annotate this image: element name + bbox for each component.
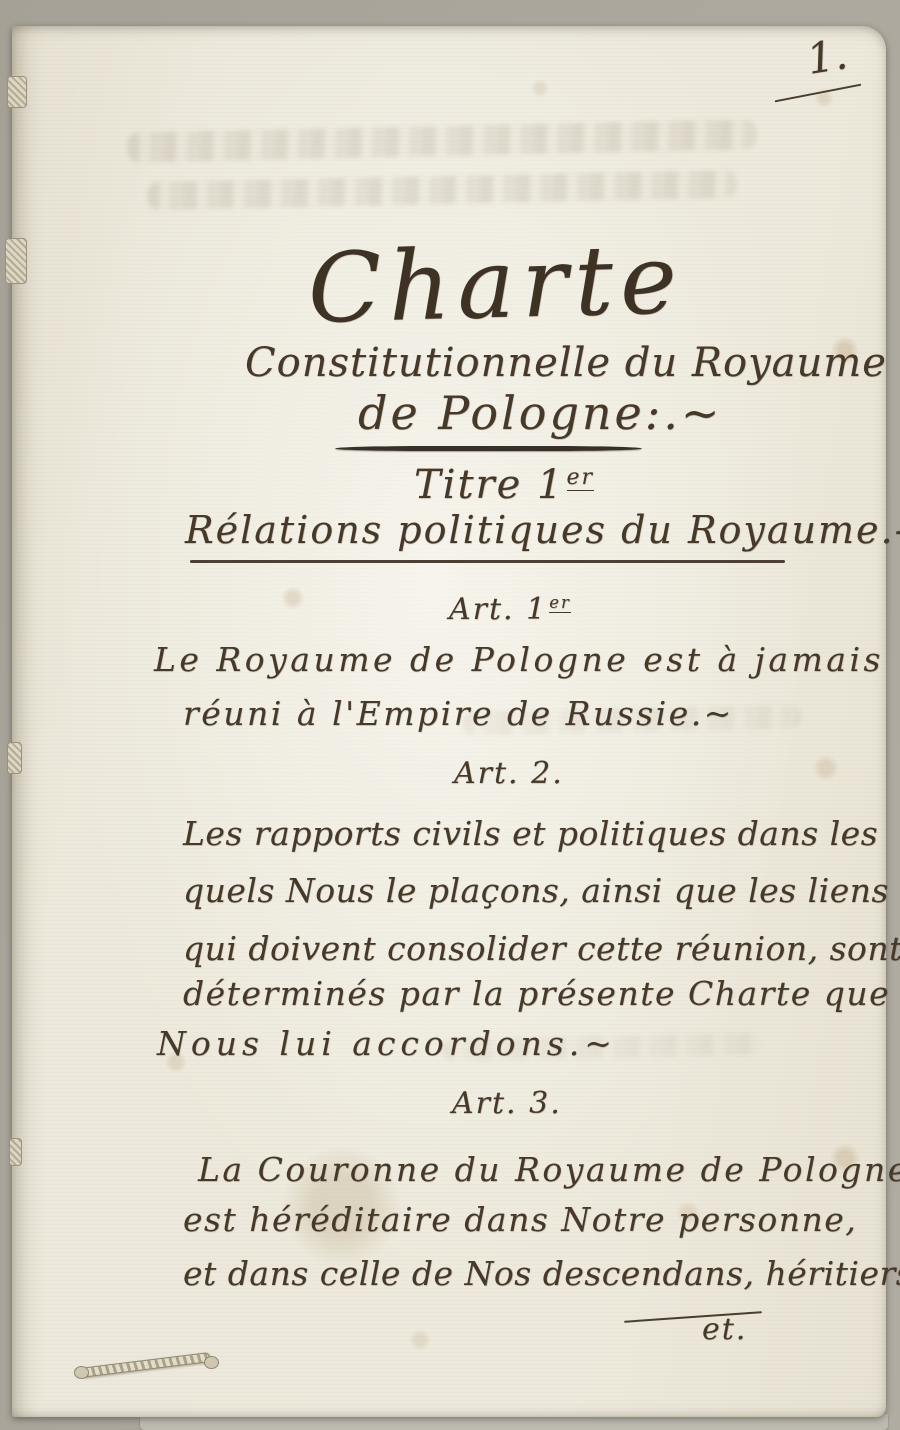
binding-thread-knot: [74, 1366, 89, 1379]
document-title: Charte: [307, 223, 686, 345]
article-3-line: et dans celle de Nos descendans, héritie…: [183, 1254, 900, 1293]
binding-stitch: [9, 1138, 22, 1166]
article-3-heading: Art. 3.: [452, 1086, 564, 1121]
manuscript-page: 1. Charte Constitutionnelle du Royaume d…: [12, 26, 886, 1417]
article-2-line: déterminés par la présente Charte que: [183, 974, 890, 1013]
page-number-flourish: [775, 84, 862, 103]
bleedthrough-line: [147, 170, 737, 210]
article-1-heading-text: Art. 1: [449, 592, 547, 627]
article-2-line: Nous lui accordons.~: [157, 1024, 617, 1063]
titre-heading-text: Titre 1: [414, 462, 565, 508]
article-1-line: Le Royaume de Pologne est à jamais: [154, 640, 884, 679]
title-rule: [335, 446, 642, 451]
article-2-line: quels Nous le plaçons, ainsi que les lie…: [183, 871, 889, 910]
bleedthrough-line: [127, 119, 757, 162]
titre-heading-ordinal: er: [567, 465, 595, 491]
article-1-heading: Art. 1er: [449, 592, 571, 627]
binding-thread: [80, 1352, 210, 1378]
binding-stitch: [5, 238, 27, 284]
article-1-line: réuni à l'Empire de Russie.~: [183, 694, 734, 733]
titre-subject: Rélations politiques du Royaume.-: [185, 508, 900, 552]
catchword: et.: [702, 1312, 747, 1347]
article-2-line: qui doivent consolider cette réunion, so…: [183, 929, 900, 968]
document-subtitle-line2: de Pologne:.~: [358, 386, 722, 440]
article-1-heading-ordinal: er: [549, 593, 571, 613]
binding-stitch: [7, 76, 27, 108]
article-3-line: La Couronne du Royaume de Pologne: [198, 1150, 900, 1189]
binding-thread-knot: [204, 1356, 219, 1369]
binding-stitch: [7, 742, 22, 774]
article-3-line: est héréditaire dans Notre personne,: [183, 1200, 857, 1239]
article-2-line: Les rapports civils et politiques dans l…: [183, 814, 878, 853]
scanner-background: 1. Charte Constitutionnelle du Royaume d…: [0, 0, 900, 1430]
page-number: 1.: [803, 29, 850, 84]
article-3-heading-text: Art. 3.: [452, 1086, 562, 1121]
titre-subject-underline: [190, 560, 785, 563]
article-2-heading-text: Art. 2.: [454, 756, 564, 791]
article-2-heading: Art. 2.: [454, 756, 566, 791]
document-subtitle-line1: Constitutionnelle du Royaume: [245, 340, 887, 386]
titre-heading: Titre 1er: [414, 462, 594, 508]
